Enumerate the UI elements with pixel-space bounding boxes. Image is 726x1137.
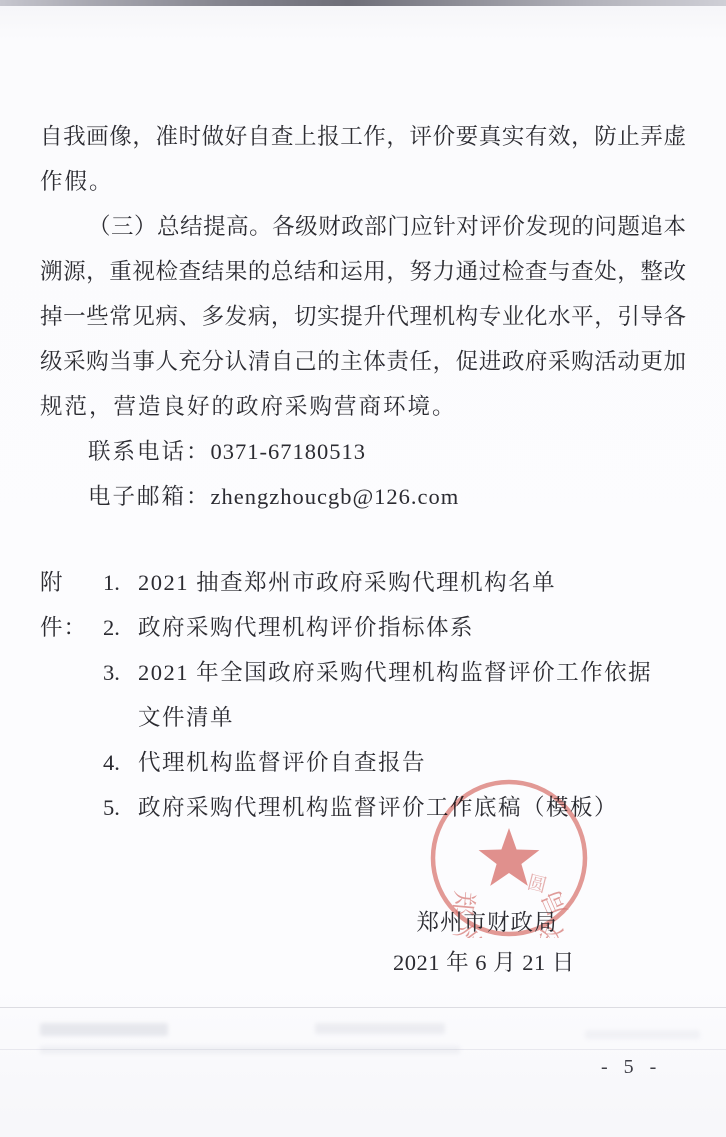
paragraph-line: 溯源，重视检查结果的总结和运用，努力通过检查与查处，整改 xyxy=(40,249,686,294)
attachment-number: 1. xyxy=(103,560,138,605)
attachment-title: 2021 年全国政府采购代理机构监督评价工作依据 xyxy=(138,650,652,695)
paragraph-line: 作假。 xyxy=(40,159,686,204)
contact-email-row: 电子邮箱：zhengzhoucgb@126.com xyxy=(40,474,686,519)
bleedthrough-smudge xyxy=(315,1023,445,1034)
attachment-number: 3. xyxy=(103,650,138,695)
paragraph-line: 掉一些常见病、多发病，切实提升代理机构专业化水平，引导各 xyxy=(40,294,686,339)
attachment-item: 5. 政府采购代理机构监督评价工作底稿（模板） xyxy=(40,785,700,830)
scanned-document-page: 自我画像，准时做好自查上报工作，评价要真实有效，防止弄虚 作假。 （三）总结提高… xyxy=(0,0,726,1137)
issuer-signature: 郑州市财政局 xyxy=(377,908,597,938)
document-body: 自我画像，准时做好自查上报工作，评价要真实有效，防止弄虚 作假。 （三）总结提高… xyxy=(40,114,686,519)
attachment-item: 3. 2021 年全国政府采购代理机构监督评价工作依据 xyxy=(40,650,700,695)
paragraph-line: 规范，营造良好的政府采购营商环境。 xyxy=(40,384,686,429)
contact-phone-row: 联系电话：0371-67180513 xyxy=(40,429,686,474)
paragraph-line: （三）总结提高。各级财政部门应针对评价发现的问题追本 xyxy=(40,204,686,249)
bleedthrough-smudge xyxy=(585,1030,700,1039)
attachments-list: 附件： 1. 2021 抽查郑州市政府采购代理机构名单 2. 政府采购代理机构评… xyxy=(40,560,700,830)
attachment-title: 政府采购代理机构评价指标体系 xyxy=(138,605,474,650)
attachment-title: 2021 抽查郑州市政府采购代理机构名单 xyxy=(138,560,556,605)
attachment-number: 4. xyxy=(103,740,138,785)
paragraph-line: 级采购当事人充分认清自己的主体责任，促进政府采购活动更加 xyxy=(40,339,686,384)
page-number: - 5 - xyxy=(601,1056,659,1079)
attachment-item: 4. 代理机构监督评价自查报告 xyxy=(40,740,700,785)
attachment-number: 5. xyxy=(103,785,138,830)
attachment-title: 代理机构监督评价自查报告 xyxy=(138,740,426,785)
attachment-item-continuation: 文件清单 xyxy=(40,695,700,740)
contact-phone-label: 联系电话： xyxy=(88,439,211,464)
attachment-item: 2. 政府采购代理机构评价指标体系 xyxy=(40,605,700,650)
contact-email-label: 电子邮箱： xyxy=(88,484,211,509)
bleedthrough-smudge xyxy=(40,1023,168,1036)
attachment-number: 2. xyxy=(103,605,138,650)
attachment-item: 附件： 1. 2021 抽查郑州市政府采购代理机构名单 xyxy=(40,560,700,605)
attachments-label: 附件： xyxy=(40,560,103,605)
document-date: 2021 年 6 月 21 日 xyxy=(354,948,614,978)
contact-email-value: zhengzhoucgb@126.com xyxy=(211,484,460,509)
scan-edge-artifact xyxy=(0,0,726,6)
bleedthrough-smudge xyxy=(40,1046,460,1054)
paragraph-line: 自我画像，准时做好自查上报工作，评价要真实有效，防止弄虚 xyxy=(40,114,686,159)
attachment-title-continuation: 文件清单 xyxy=(138,695,234,740)
contact-phone-value: 0371-67180513 xyxy=(211,439,367,464)
scan-fold-line xyxy=(0,1007,726,1008)
